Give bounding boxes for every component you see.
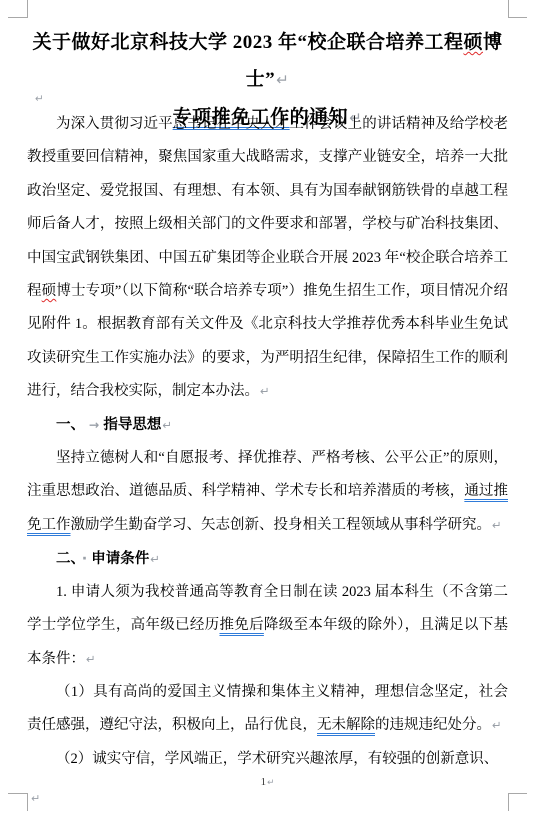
title-text: 关于做好北京科技大学 2023 年“校企联合培养工程 bbox=[32, 32, 463, 53]
paragraph-mark-icon: ↵ bbox=[491, 718, 502, 732]
paragraph-mark-icon: ↵ bbox=[259, 384, 270, 398]
paragraph-text: 为深入贯彻习近平总书记在中央人才工作会议上的讲话精神及给学校老教授重要回信精神，… bbox=[27, 116, 508, 299]
empty-paragraph: ↵ bbox=[34, 90, 44, 106]
section-heading-2: 二、·申请条件↵ bbox=[27, 543, 508, 576]
paragraph-mark-icon: ↵ bbox=[275, 71, 289, 89]
paragraph-condition-1: （1）具有高尚的爱国主义情操和集体主义精神，理想信念坚定，社会责任感强，遵纪守法… bbox=[27, 676, 508, 743]
spellcheck-segment: 硕 bbox=[42, 283, 57, 299]
paragraph-mark-icon: ↵ bbox=[85, 652, 96, 666]
paragraph-text: 坚持立德树人和“自愿报考、择优推荐、严格考核、公平公正”的原则，注重思想政治、道… bbox=[27, 450, 508, 499]
text-boundary-mark-top-left-h bbox=[8, 17, 27, 18]
text-boundary-mark-bottom-right-v bbox=[508, 793, 509, 811]
heading-number: 一、 bbox=[56, 417, 85, 433]
paragraph-text: 博士专项”（以下简称“联合培养专项”）推免生招生工作，项目情况介绍见附件 1。根… bbox=[27, 283, 508, 399]
paragraph-guiding-principles: 坚持立德树人和“自愿报考、择优推荐、严格考核、公平公正”的原则，注重思想政治、道… bbox=[27, 442, 508, 542]
page-footer: 1↵ bbox=[0, 776, 535, 788]
section-heading-1: 一、→指导思想↵ bbox=[27, 409, 508, 442]
text-boundary-mark-bottom-left-v bbox=[27, 793, 28, 811]
text-boundary-mark-top-right-h bbox=[508, 17, 527, 18]
paragraph-eligibility: 1. 申请人须为我校普通高等教育全日制在读 2023 届本科生（不含第二学士学位… bbox=[27, 576, 508, 676]
grammar-check-segment: 推免后 bbox=[219, 617, 263, 633]
text-boundary-mark-bottom-right-h bbox=[508, 793, 527, 794]
space-mark-icon: · bbox=[78, 551, 92, 567]
tab-mark-icon: → bbox=[85, 418, 103, 432]
paragraph-text: 激励学生勤奋学习、矢志创新、投身相关工程领域从事科学研究。 bbox=[71, 517, 492, 533]
heading-label: 申请条件 bbox=[91, 551, 149, 567]
title-spellcheck-segment: 硕 bbox=[463, 32, 483, 53]
text-boundary-mark-bottom-left-h bbox=[8, 793, 27, 794]
text-boundary-mark-top-left-v bbox=[27, 0, 28, 18]
footer-paragraph-mark-icon: ↵ bbox=[30, 792, 40, 805]
paragraph-mark-icon: ↵ bbox=[149, 552, 160, 566]
heading-label: 指导思想 bbox=[103, 417, 161, 433]
paragraph-mark-icon: ↵ bbox=[161, 418, 172, 432]
document-title-line1: 关于做好北京科技大学 2023 年“校企联合培养工程硕博士”↵ bbox=[27, 24, 508, 99]
text-boundary-mark-top-right-v bbox=[508, 0, 509, 18]
paragraph-text: （2）诚实守信，学风端正，学术研究兴趣浓厚，有较强的创新意识、 bbox=[56, 751, 498, 767]
paragraph-mark-icon: ↵ bbox=[266, 778, 274, 788]
heading-number: 二、 bbox=[56, 551, 78, 567]
document-page: ↵ 关于做好北京科技大学 2023 年“校企联合培养工程硕博士”↵ 专项推免工作… bbox=[0, 0, 535, 817]
paragraph-intro: 为深入贯彻习近平总书记在中央人才工作会议上的讲话精神及给学校老教授重要回信精神，… bbox=[27, 108, 508, 409]
paragraph-mark-icon: ↵ bbox=[34, 93, 44, 105]
paragraph-mark-icon: ↵ bbox=[491, 518, 502, 532]
grammar-check-segment: 无未解除 bbox=[317, 717, 375, 733]
paragraph-text: 的违规违纪处分。 bbox=[375, 717, 491, 733]
paragraph-condition-2: （2）诚实守信，学风端正，学术研究兴趣浓厚，有较强的创新意识、 bbox=[27, 743, 508, 776]
